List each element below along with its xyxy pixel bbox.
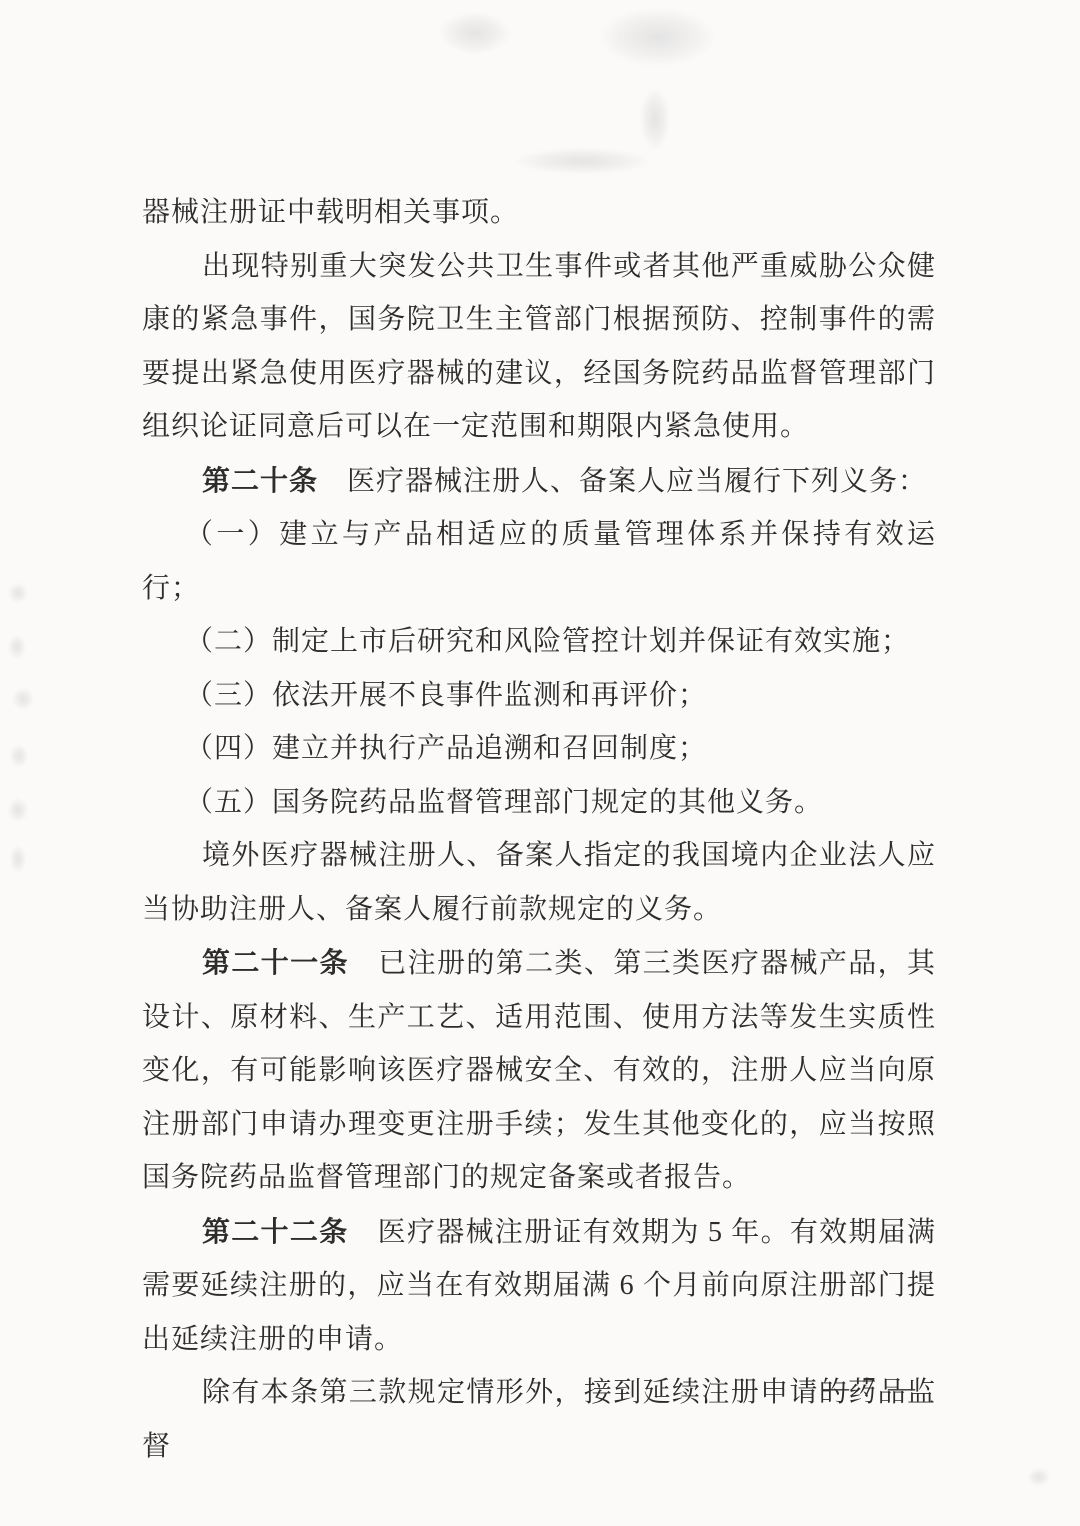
scan-artifact xyxy=(10,745,28,767)
list-item-4: （四）建立并执行产品追溯和召回制度； xyxy=(142,722,936,776)
article-20-number: 第二十条 xyxy=(202,465,318,496)
scan-artifact xyxy=(8,635,26,659)
paragraph-article-20: 第二十条 医疗器械注册人、备案人应当履行下列义务： xyxy=(142,454,936,509)
scan-artifact xyxy=(440,12,510,54)
paragraph-article-21: 第二十一条 已注册的第二类、第三类医疗器械产品，其设计、原材料、生产工艺、适用范… xyxy=(142,936,936,1205)
paragraph-continuation: 器械注册证中载明相关事项。 xyxy=(142,186,936,240)
scan-artifact xyxy=(8,583,28,603)
paragraph-article-22: 第二十二条 医疗器械注册证有效期为 5 年。有效期届满需要延续注册的，应当在有效… xyxy=(142,1205,936,1367)
scan-artifact xyxy=(640,88,670,150)
list-item-5: （五）国务院药品监督管理部门规定的其他义务。 xyxy=(142,776,936,830)
paragraph-overseas-registrant: 境外医疗器械注册人、备案人指定的我国境内企业法人应当协助注册人、备案人履行前款规… xyxy=(142,829,936,936)
scan-artifact xyxy=(1028,1468,1050,1486)
paragraph-emergency-use: 出现特别重大突发公共卫生事件或者其他严重威胁公众健康的紧急事件，国务院卫生主管部… xyxy=(142,240,936,454)
page-number: — 7 — xyxy=(822,1372,918,1403)
scan-artifact xyxy=(600,8,715,66)
list-item-3: （三）依法开展不良事件监测和再评价； xyxy=(142,669,936,723)
article-21-text: 已注册的第二类、第三类医疗器械产品，其设计、原材料、生产工艺、适用范围、使用方法… xyxy=(142,948,936,1193)
list-item-2: （二）制定上市后研究和风险管控计划并保证有效实施； xyxy=(142,615,936,669)
article-20-text: 医疗器械注册人、备案人应当履行下列义务： xyxy=(318,466,927,497)
scan-artifact xyxy=(8,798,28,822)
scan-artifact xyxy=(515,148,650,174)
document-page: 器械注册证中载明相关事项。 出现特别重大突发公共卫生事件或者其他严重威胁公众健康… xyxy=(0,0,1080,1526)
scan-artifact xyxy=(10,845,26,873)
article-21-number: 第二十一条 xyxy=(202,947,349,978)
list-item-1: （一）建立与产品相适应的质量管理体系并保持有效运行； xyxy=(142,508,936,615)
scan-artifact xyxy=(12,688,34,710)
article-22-number: 第二十二条 xyxy=(202,1216,348,1247)
page-body: 器械注册证中载明相关事项。 出现特别重大突发公共卫生事件或者其他严重威胁公众健康… xyxy=(142,186,936,1473)
paragraph-renewal-continuation: 除有本条第三款规定情形外，接到延续注册申请的药品监督 xyxy=(142,1366,936,1473)
